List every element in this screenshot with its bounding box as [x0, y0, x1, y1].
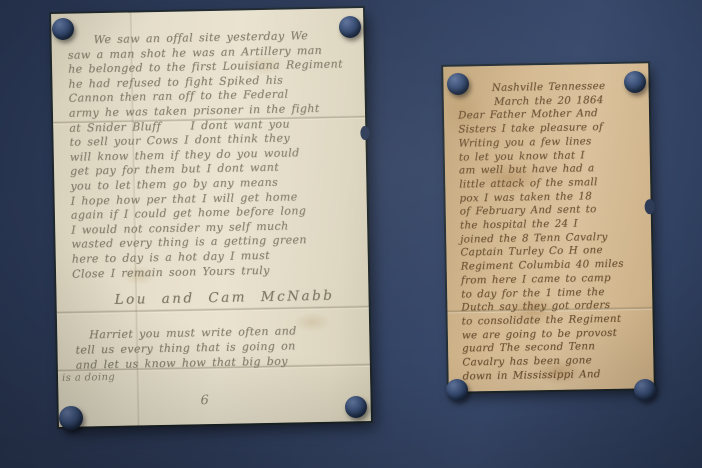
photo-of-pinned-letters: We saw an offal site yesterday Wesaw a m… — [0, 0, 702, 468]
push-pin-icon — [59, 406, 83, 430]
letter-right-lines: Dear Father Mother AndSisters I take ple… — [458, 107, 645, 384]
letter-right-heading: Nashville TennesseeMarch the 20 1864 — [457, 79, 639, 110]
letter-left-body: We saw an offal site yesterday Wesaw a m… — [67, 28, 360, 282]
push-pin-icon — [339, 16, 361, 38]
push-pin-icon — [447, 73, 469, 95]
paper-tear — [645, 199, 655, 214]
paper-tear — [360, 126, 369, 140]
push-pin-icon — [52, 18, 74, 40]
push-pin-icon — [624, 71, 646, 93]
fold-crease — [57, 305, 369, 315]
handwritten-line: down in Mississippi And — [462, 367, 644, 384]
letter-right: Nashville TennesseeMarch the 20 1864 Dea… — [443, 63, 654, 392]
push-pin-icon — [634, 379, 656, 401]
letter-left-footer-mark: 6 — [200, 393, 209, 408]
letter-left-signature: Lou and Cam McNabb — [114, 288, 334, 308]
push-pin-icon — [446, 379, 468, 401]
letter-left-postscript: Harriet you must write often andtell us … — [75, 322, 362, 373]
letter-left: We saw an offal site yesterday Wesaw a m… — [51, 8, 371, 427]
push-pin-icon — [345, 396, 367, 418]
letter-right-body: Nashville TennesseeMarch the 20 1864 Dea… — [457, 79, 644, 384]
letter-left-postscript-tail: is a doing — [62, 372, 115, 384]
